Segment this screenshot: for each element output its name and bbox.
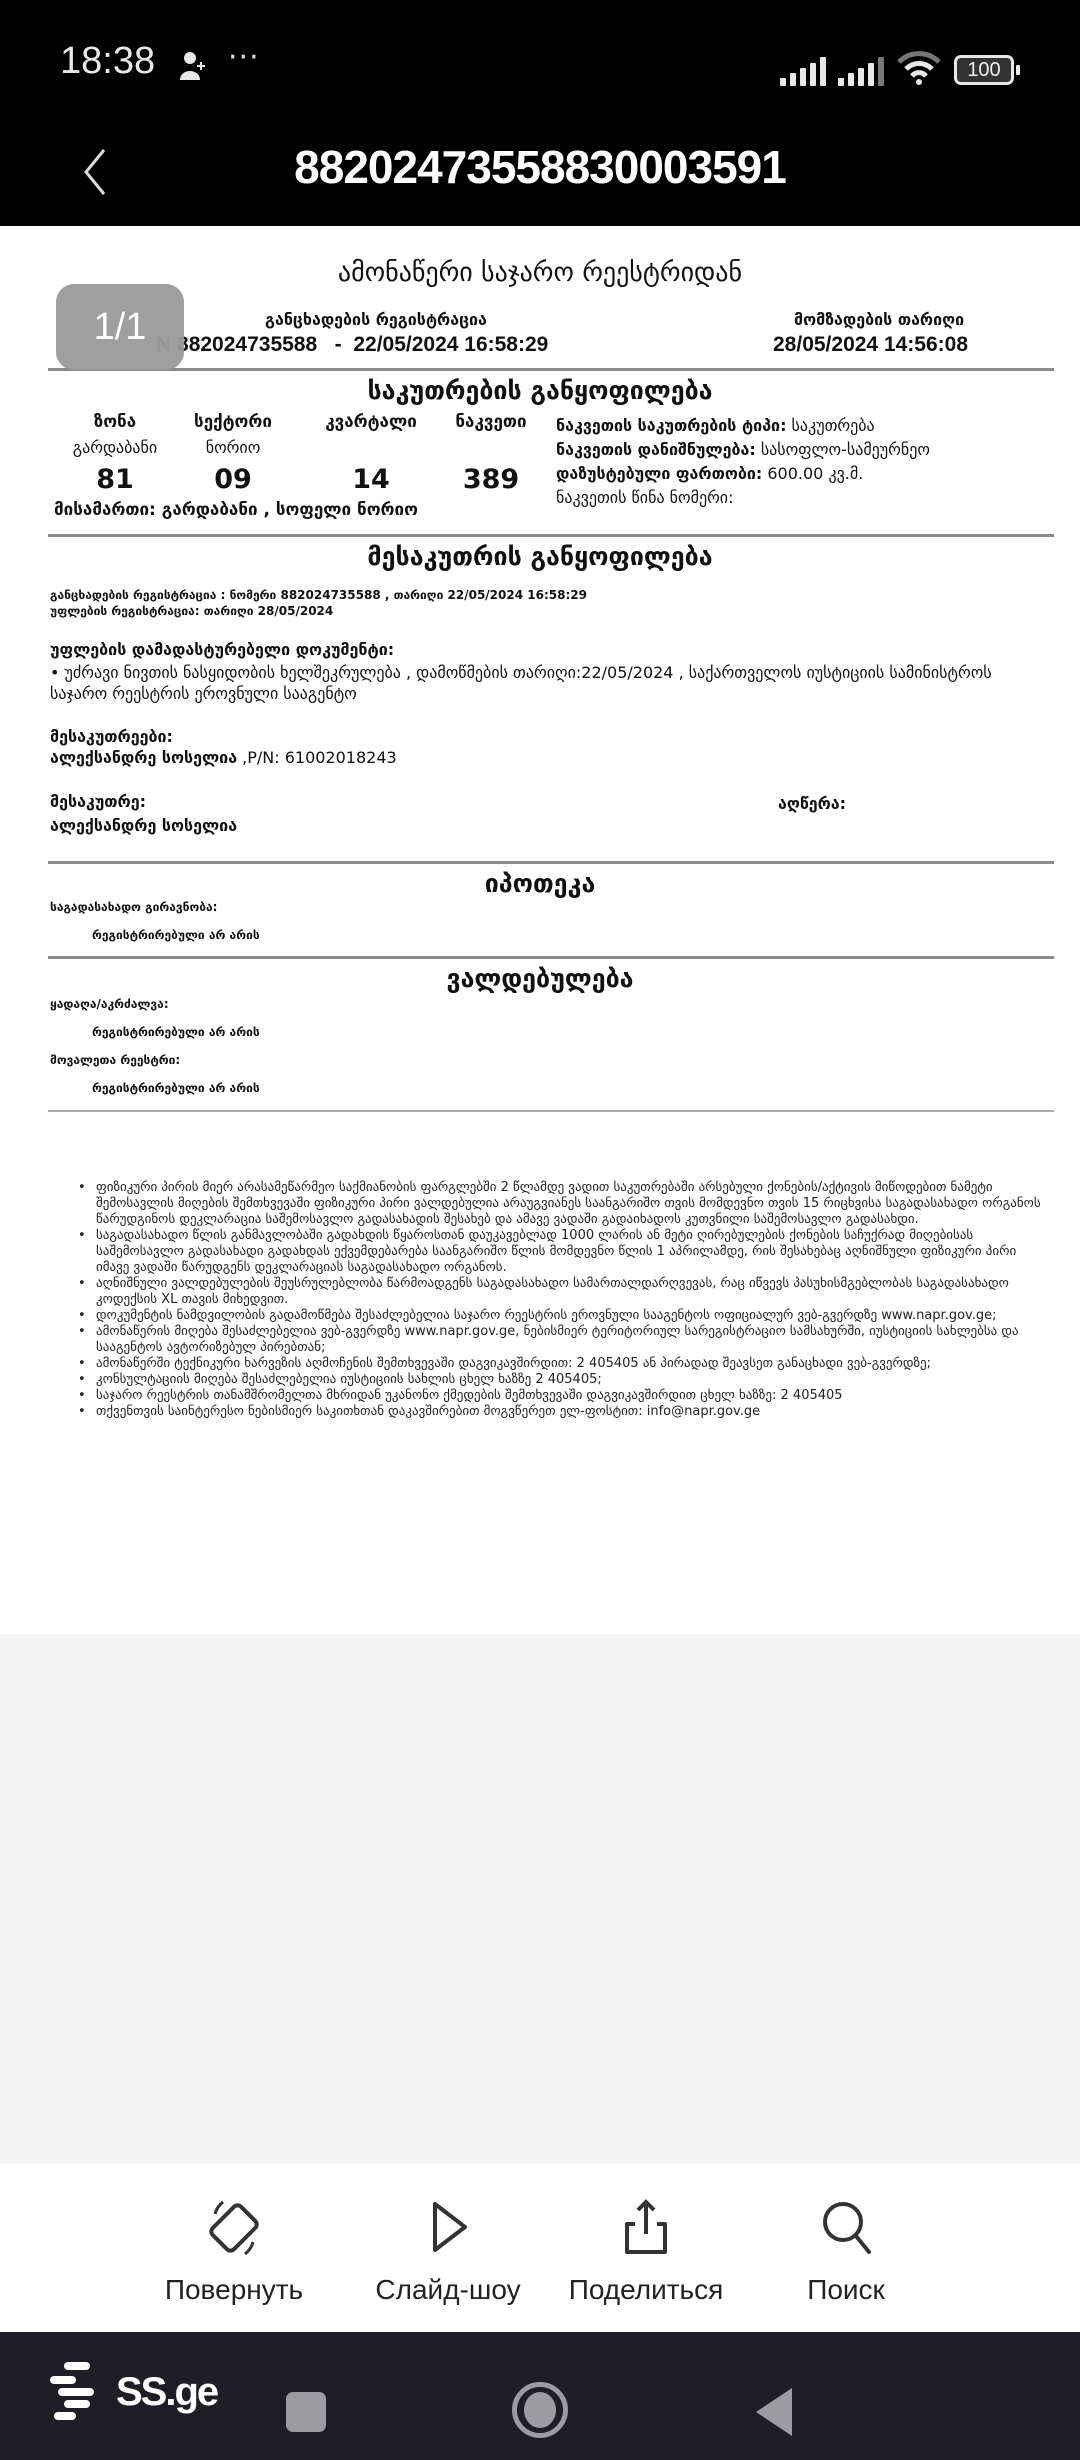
tax-lien-label: საგადასახადო გირავნობა: bbox=[50, 900, 217, 914]
seizure-value: რეგისტრირებული არ არის bbox=[92, 1025, 260, 1039]
status-bar: 18:38 ··· 100 bbox=[0, 0, 1080, 120]
signal-icon bbox=[780, 56, 826, 86]
note-item: კონსულტაციის მიღება შესაძლებელია იუსტიცი… bbox=[78, 1372, 1048, 1388]
bottom-toolbar: Повернуть Слайд-шоу Поделиться Поиск bbox=[0, 2164, 1080, 2332]
note-item: ფიზიკური პირის მიერ არასამეწარმეო საქმია… bbox=[78, 1180, 1048, 1228]
right-registration-line: უფლების რეგისტრაცია: თარიღი 28/05/2024 bbox=[50, 604, 333, 618]
note-item: საგადასახადო წლის განმავლობაში გადახდის … bbox=[78, 1228, 1048, 1276]
signal-icon bbox=[838, 56, 884, 86]
preparation-date-value: 28/05/2024 14:56:08 bbox=[773, 333, 968, 357]
obligation-section-title: ვალდებულება bbox=[0, 964, 1080, 993]
debtor-registry-value: რეგისტრირებული არ არის bbox=[92, 1081, 260, 1095]
ss-logo-icon bbox=[50, 2362, 104, 2422]
application-registration-line: განცხადების რეგისტრაცია : ნომერი 8820247… bbox=[50, 588, 587, 602]
registration-label: განცხადების რეგისტრაცია bbox=[265, 310, 487, 329]
owner-value: ალექსანდრე სოსელია bbox=[50, 816, 237, 835]
app-bar: 88202473558830003591 bbox=[0, 120, 1080, 226]
property-purpose: ნაკვეთის დანიშნულება: სასოფლო-სამეურნეო bbox=[556, 438, 930, 462]
parcel-properties: ნაკვეთის საკუთრების ტიპი: საკუთრება ნაკვ… bbox=[556, 414, 930, 510]
page-title: 88202473558830003591 bbox=[0, 140, 1080, 194]
previous-parcel-number: ნაკვეთის წინა ნომერი: bbox=[556, 486, 930, 510]
rotate-icon bbox=[201, 2194, 267, 2260]
divider bbox=[48, 534, 1054, 537]
slideshow-button[interactable]: Слайд-шоу bbox=[348, 2194, 548, 2306]
home-icon[interactable] bbox=[512, 2382, 568, 2438]
owner-section-title: მესაკუთრის განყოფილება bbox=[0, 542, 1080, 571]
divider bbox=[48, 956, 1054, 959]
owner-label: მესაკუთრე: bbox=[50, 792, 146, 811]
more-notifications-icon: ··· bbox=[228, 40, 260, 75]
clock: 18:38 bbox=[60, 40, 155, 83]
note-item: დოკუმენტის ნამდვილობის გადამოწმება შესაძ… bbox=[78, 1308, 1048, 1324]
owners-label: მესაკუთრეები: bbox=[50, 727, 173, 746]
search-button[interactable]: Поиск bbox=[746, 2194, 946, 2306]
parcel-column: ნაკვეთი 389 bbox=[426, 412, 556, 495]
note-item: აღნიშნული ვალდებულების შეუსრულებლობა წარ… bbox=[78, 1276, 1048, 1308]
share-icon bbox=[613, 2194, 679, 2260]
description-label: აღწერა: bbox=[778, 794, 846, 813]
ss-ge-app-button[interactable]: SS.ge bbox=[50, 2362, 217, 2422]
owners-value: ალექსანდრე სოსელია ,P/N: 61002018243 bbox=[50, 748, 397, 767]
rotate-button[interactable]: Повернуть bbox=[134, 2194, 334, 2306]
address: მისამართი: გარდაბანი , სოფელი ნორიო bbox=[54, 500, 418, 520]
right-document-item: • უძრავი ნივთის ნასყიდობის ხელშეკრულება … bbox=[50, 662, 1040, 704]
property-type: ნაკვეთის საკუთრების ტიპი: საკუთრება bbox=[556, 414, 930, 438]
note-item: ამონაწერის მიღება შესაძლებელია ვებ-გვერდ… bbox=[78, 1324, 1048, 1356]
wifi-icon bbox=[896, 50, 942, 86]
note-item: თქვენთვის საინტერესო ნებისმიერ საკითხთან… bbox=[78, 1404, 1048, 1420]
registration-value: N 882024735588 - 22/05/2024 16:58:29 bbox=[156, 333, 548, 357]
navigation-bar: SS.ge bbox=[0, 2332, 1080, 2460]
note-item: ამონაწერში ტექნიკური ხარვეზის აღმოჩენის … bbox=[78, 1356, 1048, 1372]
recent-apps-icon[interactable] bbox=[286, 2392, 326, 2432]
note-item: საჯარო რეესტრის თანამშრომელთა მხრიდან უკ… bbox=[78, 1388, 1048, 1404]
preparation-date-label: მომზადების თარიღი bbox=[794, 310, 964, 329]
zone-column: ზონა გარდაბანი 81 bbox=[50, 412, 180, 495]
share-button[interactable]: Поделиться bbox=[546, 2194, 746, 2306]
play-icon bbox=[415, 2194, 481, 2260]
viewer-background bbox=[0, 1634, 1080, 2164]
page-indicator: 1/1 bbox=[56, 284, 184, 370]
notes-list: ფიზიკური პირის მიერ არასამეწარმეო საქმია… bbox=[78, 1180, 1048, 1420]
seizure-label: ყადაღა/აკრძალვა: bbox=[50, 997, 169, 1011]
search-icon bbox=[813, 2194, 879, 2260]
tax-lien-value: რეგისტრირებული არ არის bbox=[92, 928, 260, 942]
divider bbox=[48, 1110, 1054, 1112]
back-icon[interactable] bbox=[756, 2388, 792, 2436]
divider bbox=[48, 861, 1054, 864]
right-document-label: უფლების დამადასტურებელი დოკუმენტი: bbox=[50, 640, 394, 659]
divider bbox=[48, 368, 1054, 371]
battery-icon: 100 bbox=[954, 54, 1020, 86]
sector-column: სექტორი ნორიო 09 bbox=[168, 412, 298, 495]
mortgage-section-title: იპოთეკა bbox=[0, 869, 1080, 898]
person-add-icon bbox=[178, 50, 210, 82]
debtor-registry-label: მოვალეთა რეესტრი: bbox=[50, 1053, 180, 1067]
property-section-title: საკუთრების განყოფილება bbox=[0, 376, 1080, 405]
quarter-column: კვარტალი 14 bbox=[306, 412, 436, 495]
property-area: დაზუსტებული ფართობი: 600.00 კვ.მ. bbox=[556, 462, 930, 486]
